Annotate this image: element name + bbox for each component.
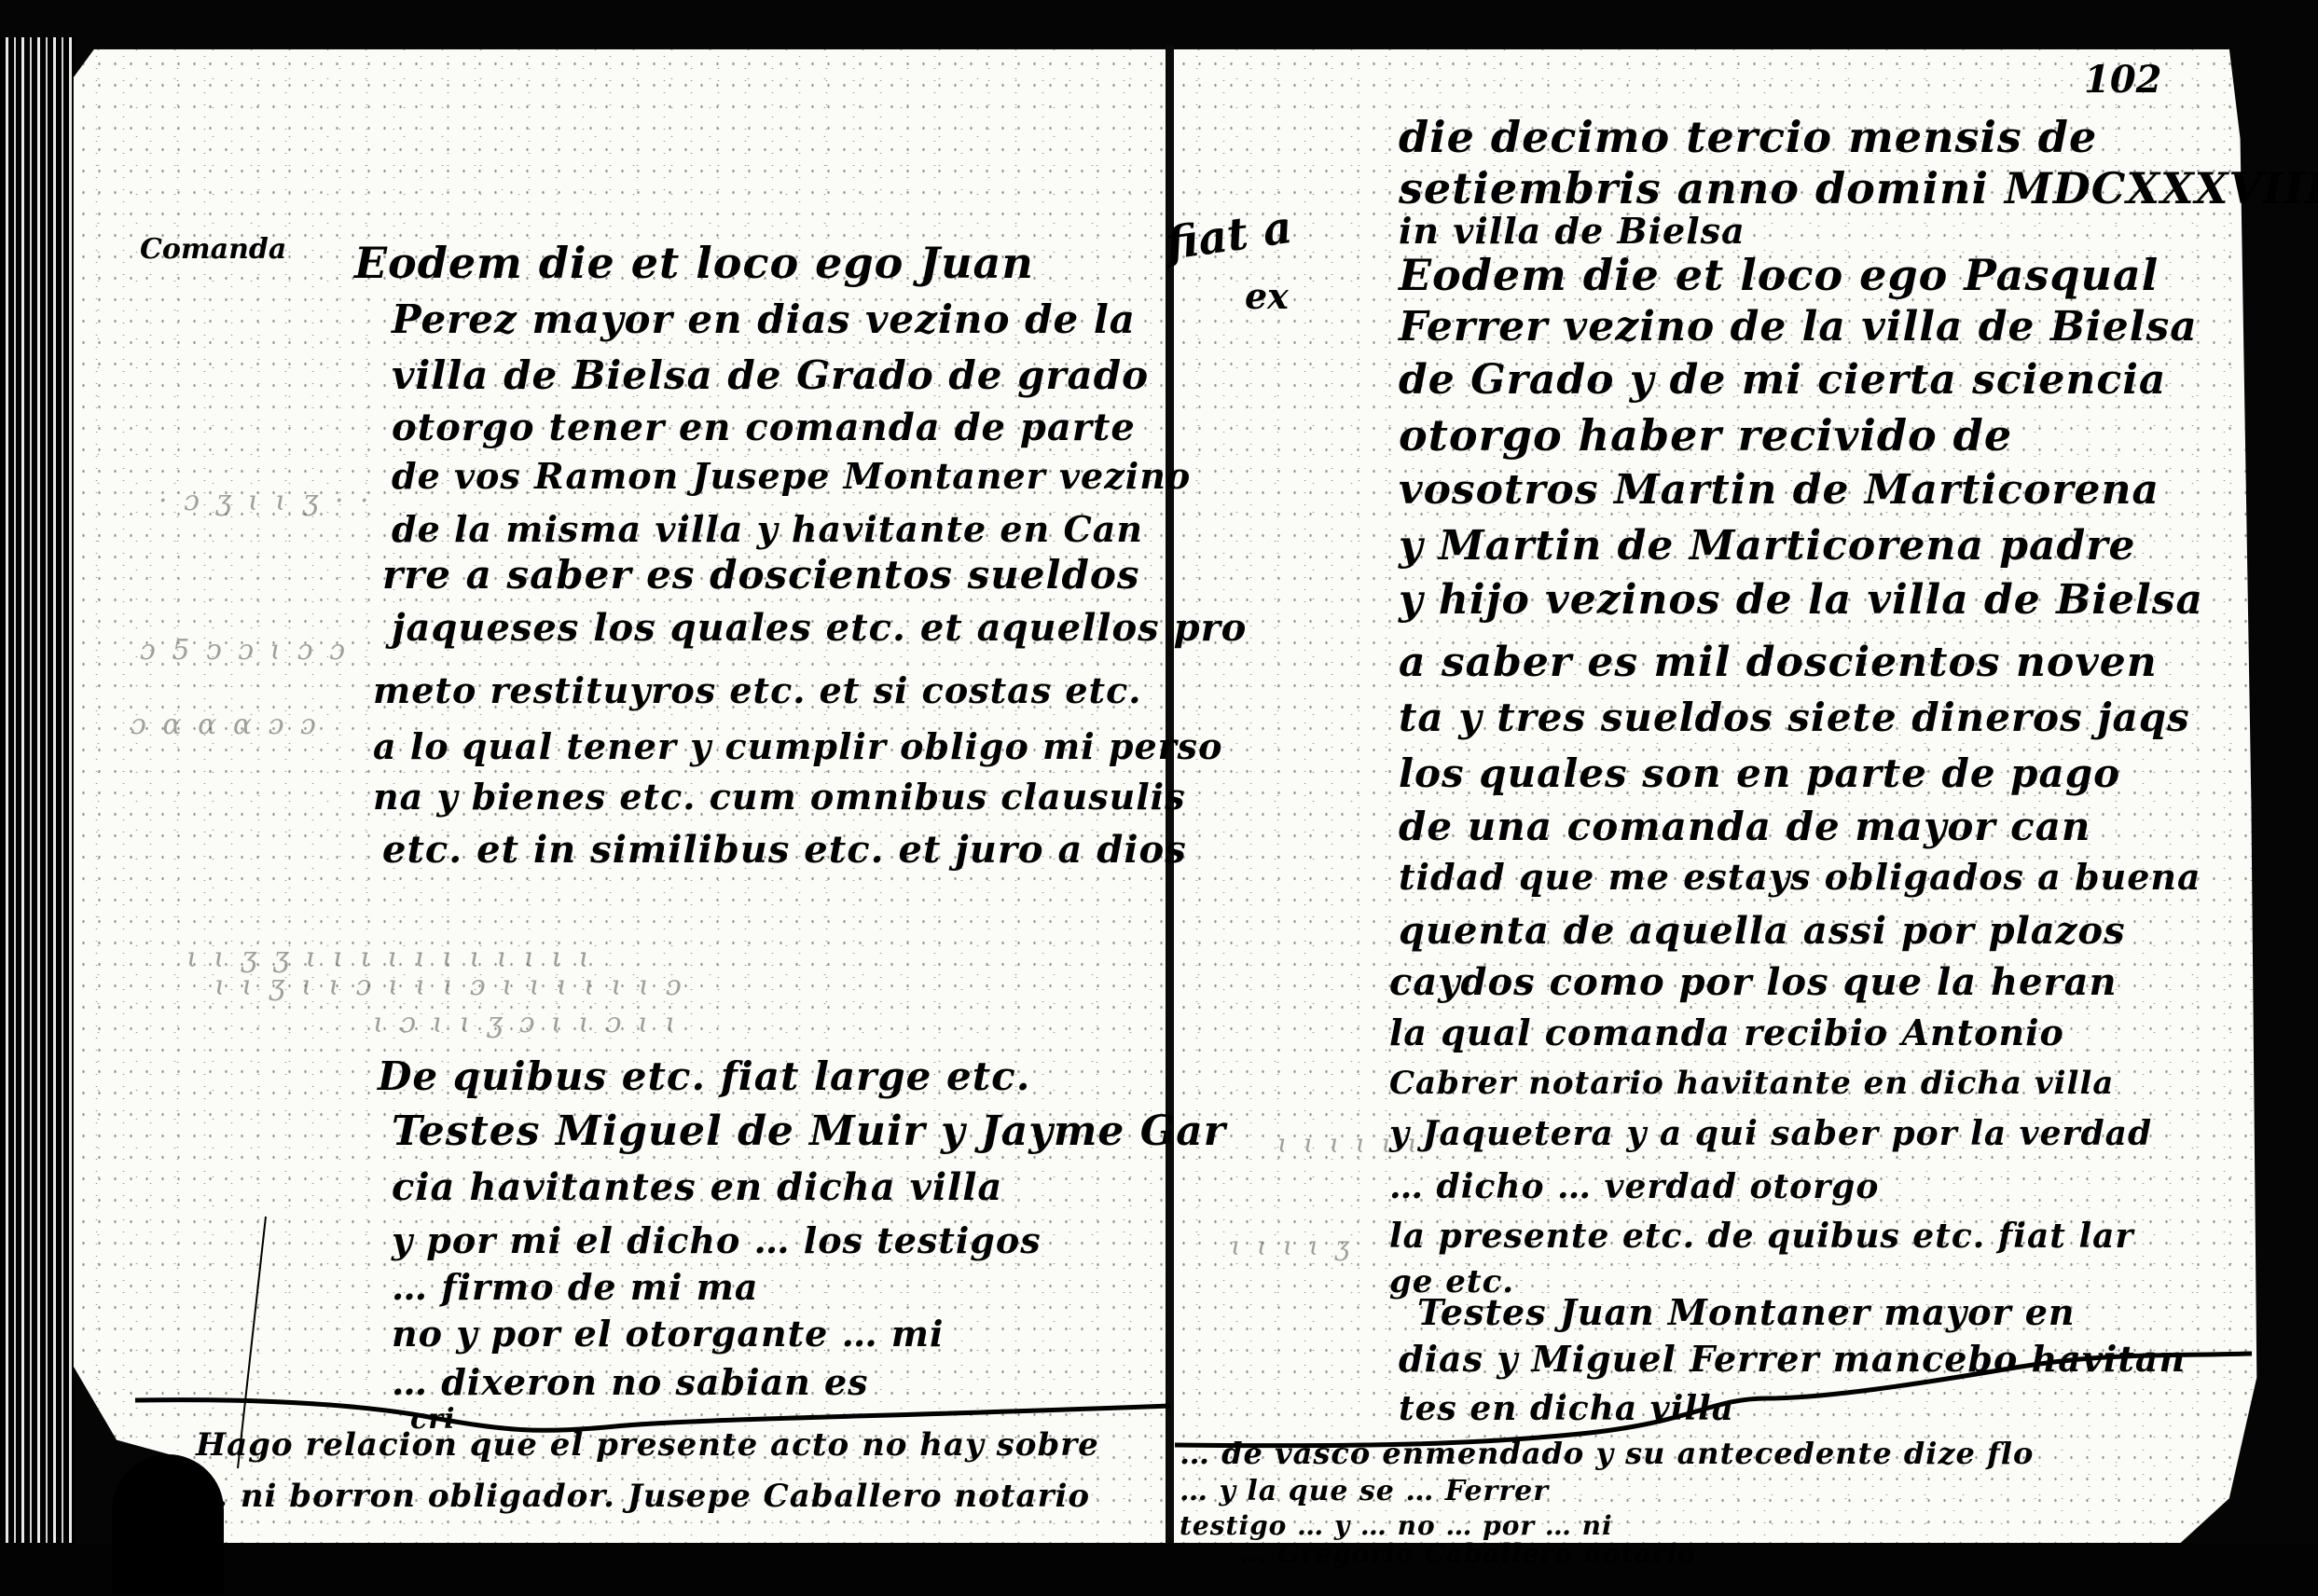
- right-line-16: quenta de aquella assi por plazos: [1399, 909, 2126, 953]
- right-line-14: de una comanda de mayor can: [1399, 804, 2090, 849]
- bleed-through-text: ɩ ɩ ʒ ɩ ɩ ɔ ɩ ɩ ɩ ɔ ɩ ɩ ɩ ɩ ɩ ɩ ɔ: [214, 970, 685, 1002]
- bleed-through-text: ɩ ɔ ɩ ɩ ʒ ɔ ɩ ɩ ɔ ɩ ɩ: [373, 1007, 680, 1039]
- right-line-18: la qual comanda recibio Antonio: [1389, 1011, 2064, 1053]
- left-line-3: villa de Bielsa de Grado de grado: [392, 352, 1149, 398]
- left-line-7: rre a saber es doscientos sueldos: [382, 552, 1140, 598]
- right-line-11: a saber es mil doscientos noven: [1399, 639, 2158, 686]
- left-line-10: a lo qual tener y cumplir obligo mi pers…: [373, 725, 1222, 767]
- bleed-through-text: ɔ 5 ↄ ɔ ɩ ɔ ɔ: [140, 634, 349, 667]
- bleed-through-text: ɔ ɑ ɑ ɑ ɔ ɔ: [131, 709, 320, 741]
- left-footer-line-1: Hago relacion que el presente acto no ha…: [196, 1426, 1099, 1464]
- left-line-5: de vos Ramon Jusepe Montaner vezino: [392, 455, 1191, 497]
- right-line-21: … dicho … verdad otorgo: [1389, 1167, 1879, 1206]
- right-footer-line-4: … Gregorio Caballero notario: [1240, 1538, 1696, 1569]
- right-line-1: die decimo tercio mensis de: [1399, 112, 2097, 162]
- right-line-4: Eodem die et loco ego Pasqual: [1399, 250, 2159, 300]
- left-line-15: cia havitantes en dicha villa: [392, 1165, 1002, 1209]
- margin-note-comanda: Comanda: [140, 233, 286, 266]
- left-line-13: De quibus etc. fiat large etc.: [378, 1053, 1030, 1099]
- right-line-24: Testes Juan Montaner mayor en: [1417, 1291, 2076, 1333]
- scan-bottom-edge: [0, 1543, 2318, 1596]
- right-line-22: la presente etc. de quibus etc. fiat lar: [1389, 1217, 2133, 1256]
- bleed-through-text: ɩ ɩ ɩ ɩ ʒ: [1231, 1231, 1353, 1261]
- page-corner-shadow: [112, 1454, 224, 1594]
- right-line-7: otorgo haber recivido de: [1399, 410, 2012, 461]
- book-edge-left: [0, 37, 75, 1596]
- left-line-4: otorgo tener en comanda de parte: [392, 406, 1136, 449]
- left-line-2: Perez mayor en dias vezino de la: [392, 296, 1136, 342]
- left-footer-line-2: … ni borron obligador. Jusepe Caballero …: [196, 1478, 1090, 1515]
- right-line-19: Cabrer notario havitante en dicha villa: [1389, 1065, 2114, 1102]
- right-footer-line-3: testigo … y … no … por … ni: [1180, 1510, 1613, 1541]
- left-line-1: Eodem die et loco ego Juan: [354, 238, 1034, 288]
- left-line-18: no y por el otorgante … mi: [392, 1313, 944, 1355]
- right-line-8: vosotros Martin de Marticorena: [1399, 466, 2159, 514]
- right-line-17: caydos como por los que la heran: [1389, 960, 2118, 1004]
- left-line-9: meto restituyros etc. et si costas etc.: [373, 669, 1141, 711]
- right-footer-line-2: … y la que se … Ferrer: [1180, 1475, 1549, 1507]
- left-line-8: jaqueses los quales etc. et aquellos pro: [392, 606, 1247, 650]
- left-line-14: Testes Miguel de Muir y Jayme Gar: [392, 1108, 1226, 1155]
- margin-note-ex: ex: [1245, 275, 1289, 317]
- right-footer-line-1: … de vasco enmendado y su antecedente di…: [1180, 1436, 2034, 1471]
- bleed-through-text: · ɔ ʒ ɩ ɩ ʒ · ·: [159, 485, 373, 517]
- left-line-12: etc. et in similibus etc. et juro a dios: [382, 828, 1187, 872]
- left-line-6: de la misma villa y havitante en Can: [392, 508, 1143, 550]
- page-number: 102: [2084, 58, 2162, 102]
- right-line-13: los quales son en parte de pago: [1399, 750, 2120, 796]
- right-line-12: ta y tres sueldos siete dineros jaqs: [1399, 695, 2190, 740]
- left-margin-stroke: [233, 1212, 270, 1473]
- right-line-5: Ferrer vezino de la villa de Bielsa: [1399, 303, 2198, 351]
- left-line-11: na y bienes etc. cum omnibus clausulis: [373, 776, 1185, 818]
- right-line-9: y Martin de Marticorena padre: [1399, 522, 2136, 570]
- right-line-10: y hijo vezinos de la villa de Bielsa: [1399, 576, 2203, 624]
- left-line-16: y por mi el dicho … los testigos: [392, 1219, 1042, 1261]
- right-line-6: de Grado y de mi cierta sciencia: [1399, 356, 2166, 404]
- right-line-3: in villa de Bielsa: [1399, 210, 1745, 252]
- right-line-20: y Jaquetera y a qui saber por la verdad: [1389, 1114, 2152, 1153]
- right-line-15: tidad que me estays obligados a buena: [1399, 856, 2201, 898]
- right-line-2: setiembris anno domini MDCXXXVIII: [1399, 163, 2318, 213]
- left-line-17: … firmo de mi ma: [392, 1266, 759, 1308]
